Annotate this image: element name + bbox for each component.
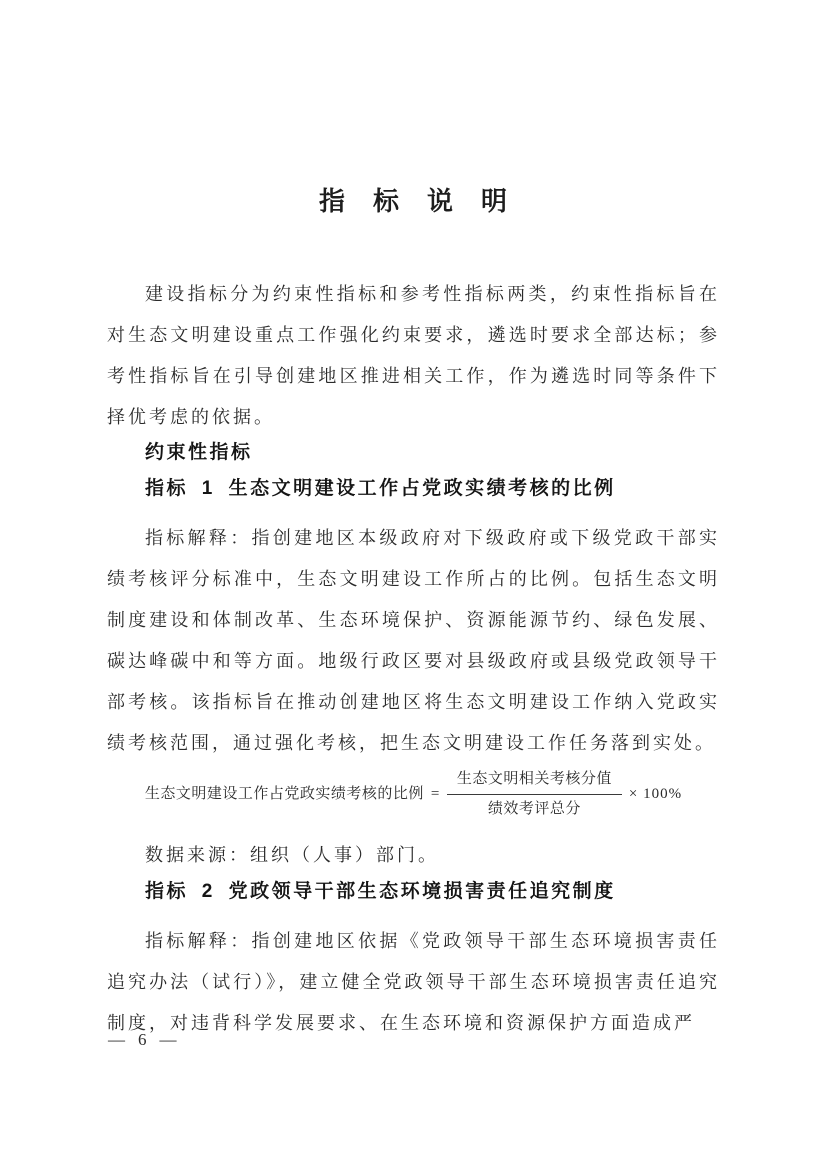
indicator-1-data-source: 数据来源：组织（人事）部门。 [107,835,720,876]
formula-multiplier: × 100% [629,785,682,804]
formula-lhs: 生态文明建设工作占党政实绩考核的比例 [145,785,424,804]
footer-left-dash: — [108,1030,125,1050]
page-footer: — 6 — [108,1030,177,1050]
indicator-1-formula: 生态文明建设工作占党政实绩考核的比例 = 生态文明相关考核分值 绩效考评总分 ×… [107,770,720,819]
footer-page-number: 6 [138,1030,147,1050]
section-header-binding-indicators: 约束性指标 [107,432,720,473]
indicator-2-heading: 指标 2 党政领导干部生态环境损害责任追究制度 [107,871,720,912]
document-page: 指 标 说 明 建设指标分为约束性指标和参考性指标两类，约束性指标旨在对生态文明… [0,0,826,1169]
fraction-numerator: 生态文明相关考核分值 [447,770,622,795]
indicator-2-explanation: 指标解释：指创建地区依据《党政领导干部生态环境损害责任追究办法（试行）》，建立健… [107,921,720,1044]
indicator-1-explanation: 指标解释：指创建地区本级政府对下级政府或下级党政干部实绩考核评分标准中，生态文明… [107,518,720,764]
indicator-1-heading: 指标 1 生态文明建设工作占党政实绩考核的比例 [107,468,720,509]
page-title: 指 标 说 明 [107,186,720,216]
footer-right-dash: — [160,1030,177,1050]
fraction-denominator: 绩效考评总分 [447,795,622,819]
formula-fraction: 生态文明相关考核分值 绩效考评总分 [447,770,622,819]
intro-paragraph: 建设指标分为约束性指标和参考性指标两类，约束性指标旨在对生态文明建设重点工作强化… [107,274,720,438]
formula-equals-sign: = [431,785,440,804]
